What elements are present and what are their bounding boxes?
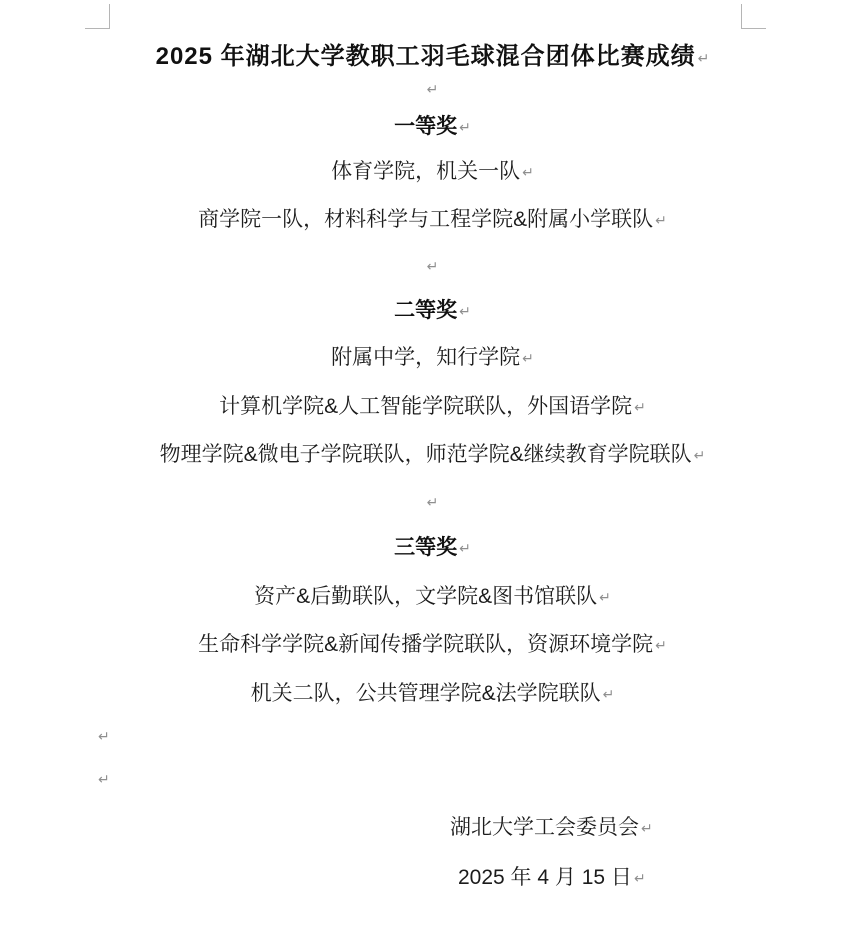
paragraph-mark-icon: ↵ [522, 351, 534, 367]
text-boundary-corner-top-left-icon [85, 4, 110, 29]
paragraph-mark-icon: ↵ [694, 448, 706, 464]
signature-line: 湖北大学工会委员会↵ [450, 813, 653, 844]
award-line-text: 物理学院&微电子学院联队，师范学院&继续教育学院联队 [160, 443, 692, 466]
paragraph-mark-icon: ↵ [459, 304, 471, 320]
section-heading-second-prize: 二等奖↵ [0, 296, 865, 327]
section-heading-text: 一等奖 [394, 115, 457, 138]
award-line: 机关二队，公共管理学院&法学院联队↵ [0, 679, 865, 710]
section-heading-text: 二等奖 [394, 299, 457, 322]
award-line: 生命科学学院&新闻传播学院联队，资源环境学院↵ [0, 630, 865, 661]
paragraph-mark-icon: ↵ [98, 723, 110, 751]
paragraph-mark-icon: ↵ [522, 165, 534, 181]
paragraph-mark-icon: ↵ [459, 541, 471, 557]
award-line: 资产&后勤联队，文学院&图书馆联队↵ [0, 582, 865, 613]
award-line: 商学院一队，材料科学与工程学院&附属小学联队↵ [0, 205, 865, 236]
paragraph-mark-icon: ↵ [655, 213, 667, 229]
document-page: 2025 年湖北大学教职工羽毛球混合团体比赛成绩↵ ↵ 一等奖↵ 体育学院，机关… [0, 0, 865, 934]
date-text: 2025 年 4 月 15 日 [458, 866, 632, 889]
paragraph-mark-icon: ↵ [634, 400, 646, 416]
award-line-text: 生命科学学院&新闻传播学院联队，资源环境学院 [198, 633, 653, 656]
paragraph-mark-icon: ↵ [634, 871, 646, 887]
paragraph-mark-icon: ↵ [698, 51, 710, 67]
award-line-text: 商学院一队，材料科学与工程学院&附属小学联队 [198, 208, 653, 231]
section-heading-first-prize: 一等奖↵ [0, 112, 865, 143]
paragraph-mark-icon: ↵ [641, 821, 653, 837]
paragraph-mark-icon: ↵ [603, 687, 615, 703]
document-title-text: 2025 年湖北大学教职工羽毛球混合团体比赛成绩 [156, 43, 696, 70]
award-line: 体育学院，机关一队↵ [0, 157, 865, 188]
award-line: 附属中学，知行学院↵ [0, 343, 865, 374]
section-heading-text: 三等奖 [394, 536, 457, 559]
section-heading-third-prize: 三等奖↵ [0, 533, 865, 564]
paragraph-mark-icon: ↵ [655, 638, 667, 654]
award-line-text: 机关二队，公共管理学院&法学院联队 [251, 682, 601, 705]
paragraph-mark-icon: ↵ [599, 590, 611, 606]
paragraph-mark-icon: ↵ [0, 76, 865, 104]
signature-text: 湖北大学工会委员会 [450, 816, 639, 839]
award-line-text: 体育学院，机关一队 [331, 160, 520, 183]
date-line: 2025 年 4 月 15 日↵ [458, 863, 646, 894]
award-line: 物理学院&微电子学院联队，师范学院&继续教育学院联队↵ [0, 440, 865, 471]
paragraph-mark-icon: ↵ [0, 253, 865, 281]
document-title: 2025 年湖北大学教职工羽毛球混合团体比赛成绩↵ [0, 40, 865, 76]
award-line-text: 计算机学院&人工智能学院联队，外国语学院 [219, 395, 632, 418]
award-line: 计算机学院&人工智能学院联队，外国语学院↵ [0, 392, 865, 423]
paragraph-mark-icon: ↵ [459, 120, 471, 136]
paragraph-mark-icon: ↵ [0, 489, 865, 517]
award-line-text: 附属中学，知行学院 [331, 346, 520, 369]
award-line-text: 资产&后勤联队，文学院&图书馆联队 [254, 585, 597, 608]
paragraph-mark-icon: ↵ [98, 766, 110, 794]
text-boundary-corner-top-right-icon [741, 4, 766, 29]
